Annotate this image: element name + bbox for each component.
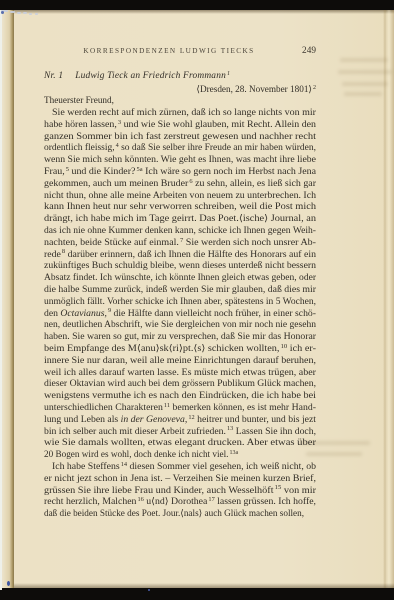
letter-line: lung und Leben als in der Genoveva,12 he…	[44, 414, 316, 426]
letter-line: wie Sie damals wollten, etwas elegant dr…	[44, 437, 316, 449]
ink-bleedthrough	[340, 58, 388, 62]
letter-line: dieser Oktavian wird auch bei dem grösse…	[44, 378, 316, 390]
letter-line: nen, deutlichen Abschrift, wie Sie dergl…	[44, 319, 316, 331]
ink-speck	[7, 581, 10, 586]
ink-bleedthrough	[344, 92, 382, 96]
letter-number: Nr. 1	[44, 71, 63, 81]
letter-line: Absatz findet. Ich wünschte, ich könnte …	[44, 272, 316, 284]
letter-title: Ludwig Tieck an Friedrich Frommann1	[75, 71, 230, 81]
letter-line: zukünftiges Buch schuldig bleibe, wenn d…	[44, 260, 316, 272]
letter-line: nicht thun, ohne alle meine Arbeiten von…	[44, 190, 316, 202]
letter-line: den Octavianus,9 die Hälfte dann viellei…	[44, 308, 316, 320]
letter-line: er nicht jezt schon in Jena ist. – Verze…	[44, 473, 316, 485]
letter-body: Sie werden recht auf mich zürnen, daß ic…	[44, 107, 316, 520]
letter-heading: Nr. 1Ludwig Tieck an Friedrich Frommann1	[44, 71, 316, 81]
scanned-book-page: KORRESPONDENZEN LUDWIG TIECKS 249 Nr. 1L…	[0, 0, 394, 600]
ink-speck	[148, 589, 150, 591]
binding-stitch	[17, 12, 21, 14]
letter-line: nachten, beide Stücke auf einmal.7 Sie w…	[44, 237, 316, 249]
binding-stitch	[23, 12, 27, 14]
letter-line: 20 Bogen wird es wohl, doch denke ich ni…	[44, 449, 316, 461]
page-edge-right	[383, 10, 394, 588]
letter-line: bin ich selber auch mit dieser Arbeit zu…	[44, 426, 316, 438]
letter-line: kann Ihnen heut nur sehr verworren schre…	[44, 201, 316, 213]
letter-line: recht herzlich, Malchen16 u⟨nd⟩ Dorothea…	[44, 496, 316, 508]
ink-speck	[1, 11, 4, 14]
ink-bleedthrough	[342, 82, 388, 86]
letter-salutation: Theuerster Freund,	[44, 95, 316, 105]
letter-line: daß die beiden Stücke des Poet. Jour.⟨na…	[44, 508, 316, 520]
letter-line: grüssen Sie ihre liebe Frau und Kinder, …	[44, 485, 316, 497]
letter-line: unmöglich fällt. Vorher schicke ich Ihne…	[44, 296, 316, 308]
letter-line: haben. Sie waren so gut, mir zu versprec…	[44, 331, 316, 343]
letter-line: habe hören lassen,3 und wie Sie wohl gla…	[44, 119, 316, 131]
letter-line: Ich habe Steffens14 diesen Sommer viel g…	[44, 461, 316, 473]
running-title: KORRESPONDENZEN LUDWIG TIECKS	[44, 47, 294, 55]
letter-line: Sie werden recht auf mich zürnen, daß ic…	[44, 107, 316, 119]
letter-line: die halbe Summe zurück, indeß werden Sie…	[44, 284, 316, 296]
letter-line: das ich nie ohne Kummer denken kann, sch…	[44, 225, 316, 237]
letter-line: rede8 darüber erinnern, daß ich Ihnen di…	[44, 249, 316, 261]
letter-line: drängt, ich habe mich im Tage geirrt. Da…	[44, 213, 316, 225]
page-sheet: KORRESPONDENZEN LUDWIG TIECKS 249 Nr. 1L…	[14, 10, 394, 588]
running-head: KORRESPONDENZEN LUDWIG TIECKS 249	[44, 47, 316, 59]
letter-dateline: ⟨Dresden, 28. November 1801⟩2	[44, 84, 316, 95]
letter-line: wenn Sie mich sehn könnten. Wie geht es …	[44, 154, 316, 166]
binding-stitch	[10, 11, 15, 13]
letter-line: weil ich alles darauf warten lasse. Es m…	[44, 367, 316, 379]
letter-line: beim Empfange des M⟨anu⟩sk⟨ri⟩pt.⟨s⟩ sch…	[44, 343, 316, 355]
letter-line: ganzen Sommer bin ich fast zerstreut gew…	[44, 131, 316, 143]
page-edge-stack	[2, 10, 14, 588]
letter-line: unterschiedlichen Charakteren11 bemerken…	[44, 402, 316, 414]
letter-line: gekommen, auch um meinen Bruder6 zu sehn…	[44, 178, 316, 190]
binding-stitch	[29, 13, 32, 15]
ink-bleedthrough	[338, 70, 392, 74]
letter-line: innere Sie nur daran, weil alle meine Ei…	[44, 355, 316, 367]
letter-line: Frau,5 und die Kinder?5a Ich wäre so ger…	[44, 166, 316, 178]
letter-line: ordentlich fleissig,4 so daß Sie selber …	[44, 142, 316, 154]
letter-line: wenigstens vermuthe ich es nach den Eind…	[44, 390, 316, 402]
page-number: 249	[302, 46, 316, 56]
binding-stitch	[35, 13, 38, 15]
